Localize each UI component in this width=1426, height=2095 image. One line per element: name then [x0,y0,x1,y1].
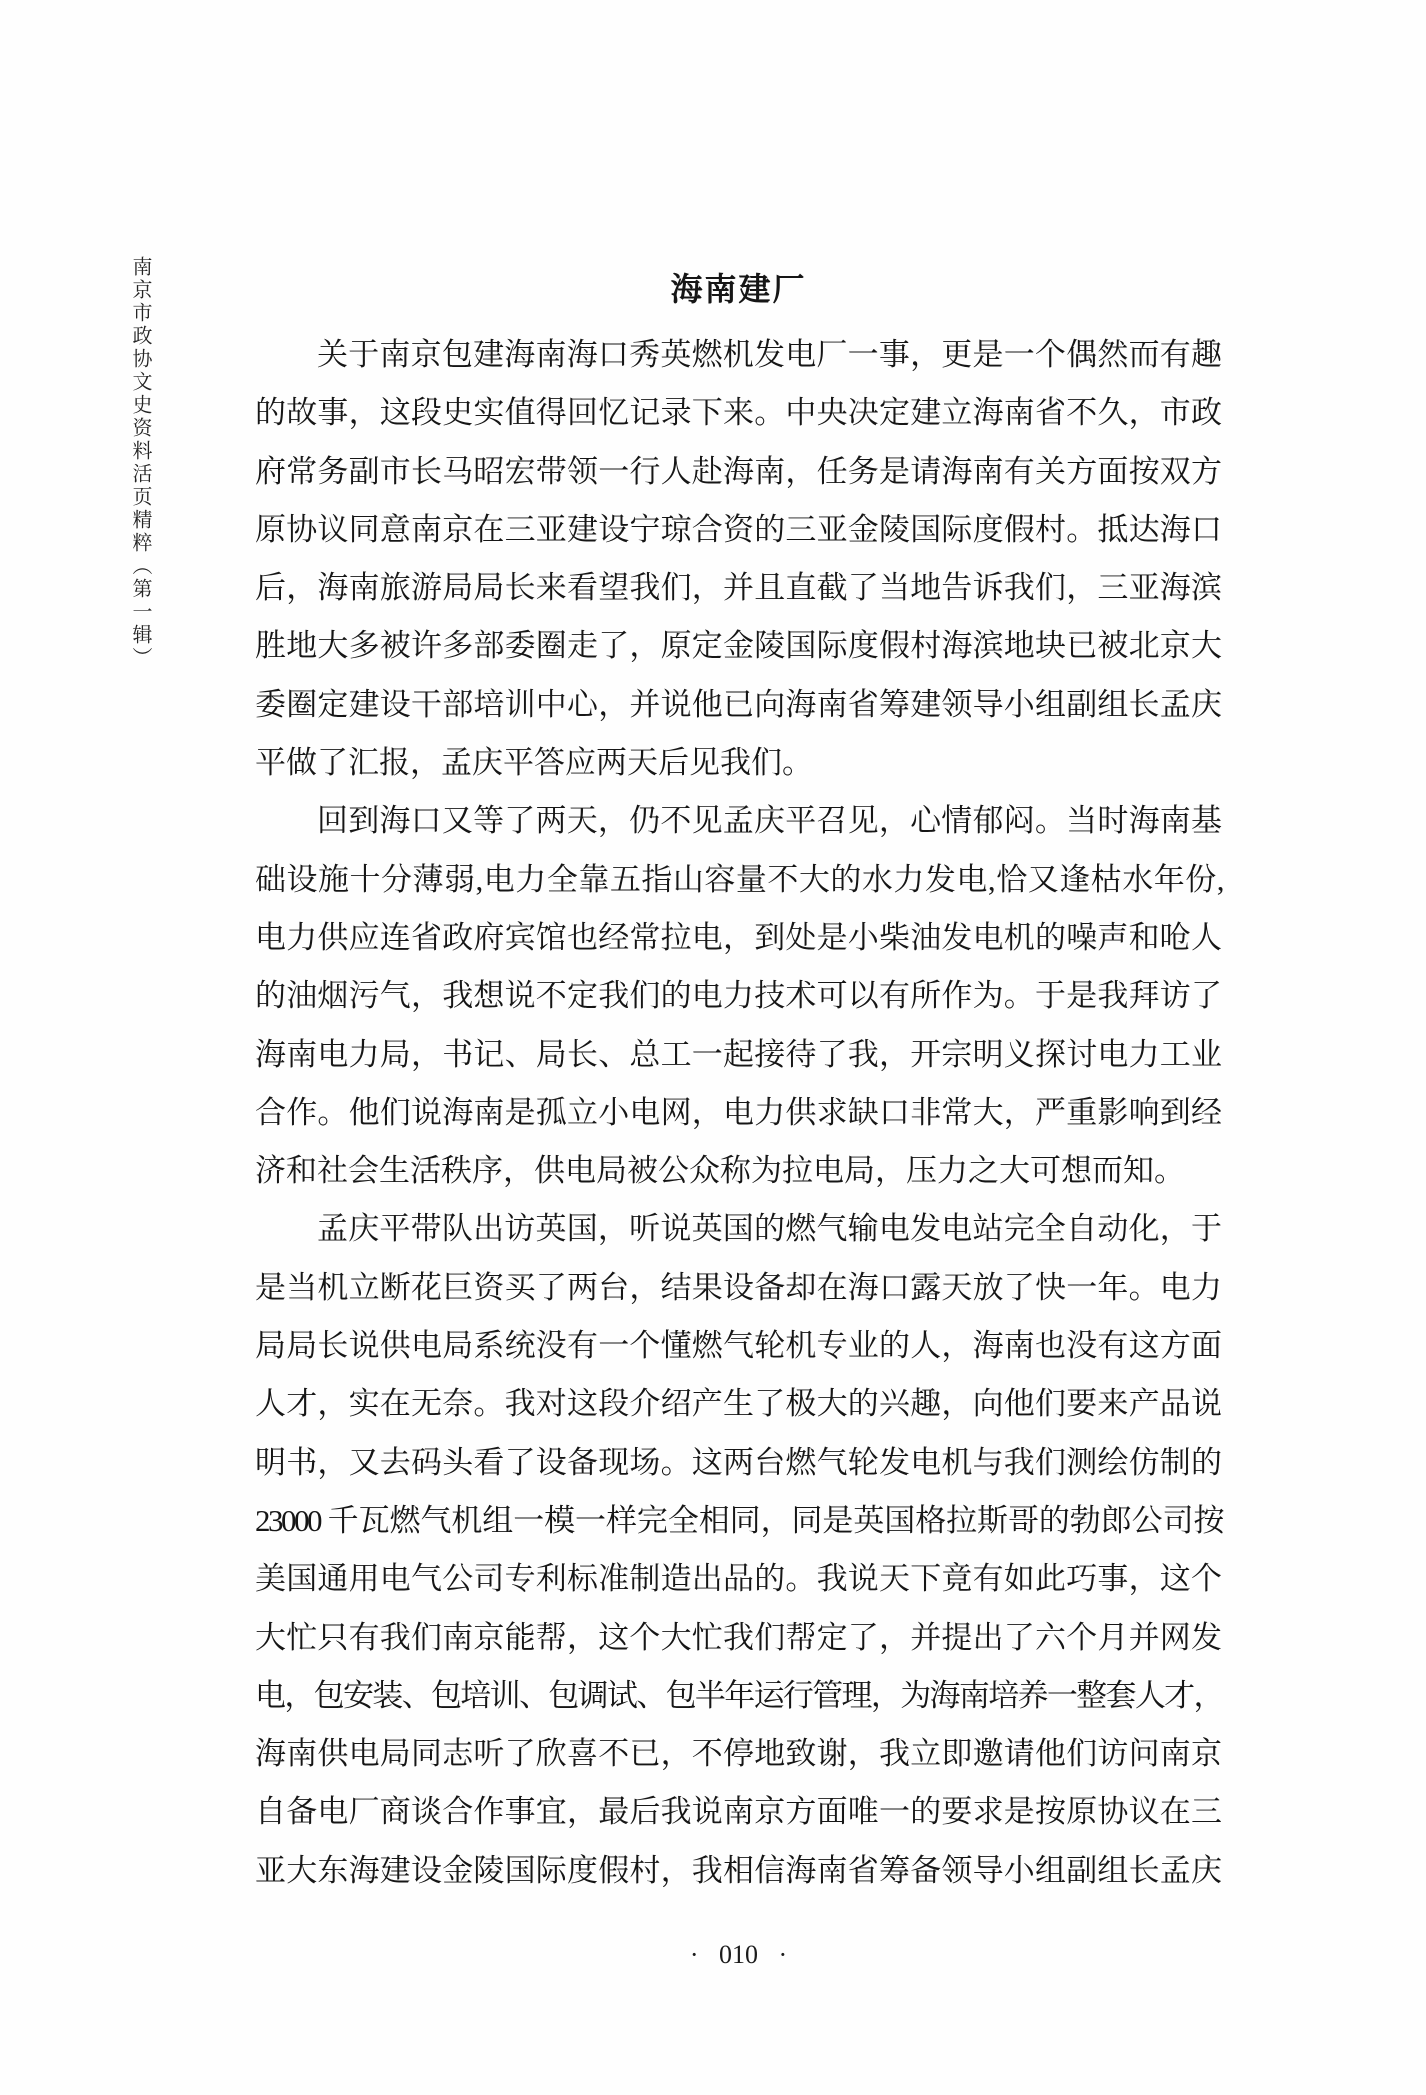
page-number: · 010 · [255,1938,1222,1972]
text-line: 电力供应连省政府宾馆也经常拉电，到处是小柴油发电机的噪声和呛人 [255,909,1222,967]
text-line: 是当机立断花巨资买了两台，结果设备却在海口露天放了快一年。电力 [255,1259,1222,1317]
text-line: 后，海南旅游局局长来看望我们，并且直截了当地告诉我们，三亚海滨 [255,559,1222,617]
text-line: 合作。他们说海南是孤立小电网，电力供求缺口非常大，严重影响到经 [255,1084,1222,1142]
text-line: 大忙只有我们南京能帮，这个大忙我们帮定了，并提出了六个月并网发 [255,1609,1222,1667]
text-line: 23000 千瓦燃气机组一模一样完全相同，同是英国格拉斯哥的勃郎公司按 [255,1492,1222,1550]
text-line: 胜地大多被许多部委圈走了，原定金陵国际度假村海滨地块已被北京大 [255,617,1222,675]
book-page: 南京市政协文史资料活页精粹（第一辑） 海南建厂 关于南京包建海南海口秀英燃机发电… [0,0,1426,2095]
text-line: 美国通用电气公司专利标准制造出品的。我说天下竟有如此巧事，这个 [255,1550,1222,1608]
text-line: 海南供电局同志听了欣喜不已，不停地致谢，我立即邀请他们访问南京 [255,1725,1222,1783]
text-line: 海南电力局，书记、局长、总工一起接待了我，开宗明义探讨电力工业 [255,1026,1222,1084]
text-line: 委圈定建设干部培训中心，并说他已向海南省筹建领导小组副组长孟庆 [255,676,1222,734]
text-line: 关于南京包建海南海口秀英燃机发电厂一事，更是一个偶然而有趣 [255,326,1222,384]
body-text: 关于南京包建海南海口秀英燃机发电厂一事，更是一个偶然而有趣的故事，这段史实值得回… [255,326,1222,1900]
text-line: 的油烟污气，我想说不定我们的电力技术可以有所作为。于是我拜访了 [255,967,1222,1025]
text-line: 电，包安装、包培训、包调试、包半年运行管理，为海南培养一整套人才， [255,1667,1222,1725]
text-line: 回到海口又等了两天，仍不见孟庆平召见，心情郁闷。当时海南基 [255,792,1222,850]
text-line: 原协议同意南京在三亚建设宁琼合资的三亚金陵国际度假村。抵达海口 [255,501,1222,559]
text-line: 局局长说供电局系统没有一个懂燃气轮机专业的人，海南也没有这方面 [255,1317,1222,1375]
text-line: 亚大东海建设金陵国际度假村，我相信海南省筹备领导小组副组长孟庆 [255,1842,1222,1900]
text-line: 济和社会生活秩序，供电局被公众称为拉电局，压力之大可想而知。 [255,1142,1222,1200]
text-line: 平做了汇报，孟庆平答应两天后见我们。 [255,734,1222,792]
text-line: 府常务副市长马昭宏带领一行人赴海南，任务是请海南有关方面按双方 [255,443,1222,501]
text-line: 孟庆平带队出访英国，听说英国的燃气输电发电站完全自动化，于 [255,1200,1222,1258]
text-line: 明书，又去码头看了设备现场。这两台燃气轮发电机与我们测绘仿制的 [255,1434,1222,1492]
text-line: 自备电厂商谈合作事宜，最后我说南京方面唯一的要求是按原协议在三 [255,1783,1222,1841]
sidebar-caption: 南京市政协文史资料活页精粹（第一辑） [126,256,155,716]
text-line: 础设施十分薄弱,电力全靠五指山容量不大的水力发电,恰又逢枯水年份, [255,851,1222,909]
text-line: 的故事，这段史实值得回忆记录下来。中央决定建立海南省不久，市政 [255,384,1222,442]
page-title: 海南建厂 [255,268,1222,310]
text-line: 人才，实在无奈。我对这段介绍产生了极大的兴趣，向他们要来产品说 [255,1375,1222,1433]
